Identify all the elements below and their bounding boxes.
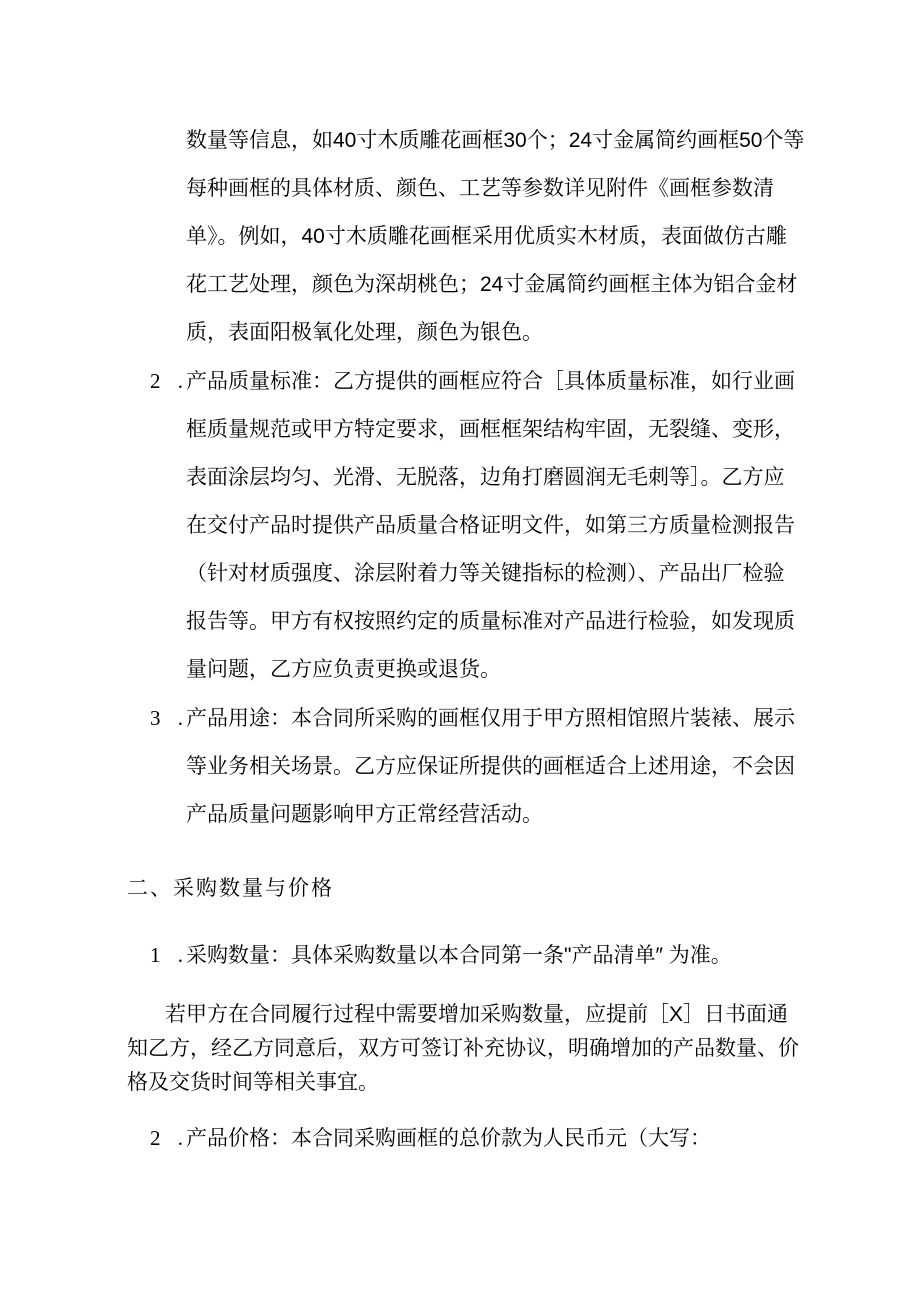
clause-purchase-quantity: 1 .采购数量：具体采购数量以本合同第一条"产品清单″ 为准。: [127, 931, 795, 980]
clause-text: 产品用途：本合同所采购的画框仅用于甲方照相馆照片装裱、展示: [186, 707, 795, 730]
clause-text-line: 框质量规范或甲方特定要求，画框框架结构牢固，无裂缝、变形，: [186, 406, 795, 454]
contract-page: 数量等信息，如40寸木质雕花画框30个；24寸金属简约画框50个等 每种画框的具…: [0, 0, 920, 1301]
clause-product-price: 2 .产品价格：本合同采购画框的总价款为人民币元（大写：: [127, 1114, 795, 1163]
clause-text-line: 量问题，乙方应负责更换或退货。: [186, 646, 795, 694]
clause-text-line: 数量等信息，如40寸木质雕花画框30个；24寸金属简约画框50个等: [186, 117, 795, 165]
list-number: 1 .: [150, 931, 186, 979]
clause-text-line: 单》。例如，40寸木质雕花画框采用优质实木材质，表面做仿古雕: [186, 213, 795, 261]
clause-text-line: 报告等。甲方有权按照约定的质量标准对产品进行检验，如发现质: [186, 598, 795, 646]
clause-text-line: 产品质量问题影响甲方正常经营活动。: [186, 791, 795, 839]
list-number: 2 .: [150, 357, 186, 405]
clause-text-line: 在交付产品时提供产品质量合格证明文件，如第三方质量检测报告: [186, 502, 795, 550]
paragraph-text-line: 知乙方，经乙方同意后，双方可签订补充协议，明确增加的产品数量、价: [127, 1032, 795, 1066]
paragraph-quantity-increase: 若甲方在合同履行过程中需要增加采购数量，应提前［X］日书面通 知乙方，经乙方同意…: [127, 998, 795, 1100]
paragraph-text-line: 若甲方在合同履行过程中需要增加采购数量，应提前［X］日书面通: [127, 998, 795, 1032]
clause-text-line: 等业务相关场景。乙方应保证所提供的画框适合上述用途，不会因: [186, 743, 795, 791]
clause-first-line: 2 .产品价格：本合同采购画框的总价款为人民币元（大写：: [150, 1114, 795, 1163]
clause-product-list-continuation: 数量等信息，如40寸木质雕花画框30个；24寸金属简约画框50个等 每种画框的具…: [127, 117, 795, 357]
clause-text-line: 花工艺处理，颜色为深胡桃色；24寸金属简约画框主体为铝合金材: [186, 261, 795, 309]
section-heading: 二、采购数量与价格: [127, 865, 795, 913]
clause-product-usage: 3 .产品用途：本合同所采购的画框仅用于甲方照相馆照片装裱、展示 等业务相关场景…: [127, 694, 795, 839]
clause-quality-standard: 2 .产品质量标准：乙方提供的画框应符合［具体质量标准，如行业画 框质量规范或甲…: [127, 357, 795, 694]
clause-first-line: 3 .产品用途：本合同所采购的画框仅用于甲方照相馆照片装裱、展示: [150, 694, 795, 743]
clause-first-line: 2 .产品质量标准：乙方提供的画框应符合［具体质量标准，如行业画: [150, 357, 795, 406]
paragraph-text-line: 格及交货时间等相关事宜。: [127, 1066, 795, 1100]
clause-text-line: 表面涂层均匀、光滑、无脱落，边角打磨圆润无毛刺等］。乙方应: [186, 454, 795, 502]
clause-text: 产品质量标准：乙方提供的画框应符合［具体质量标准，如行业画: [186, 370, 795, 393]
clause-text-line: 每种画框的具体材质、颜色、工艺等参数详见附件《画框参数清: [186, 165, 795, 213]
clause-first-line: 1 .采购数量：具体采购数量以本合同第一条"产品清单″ 为准。: [150, 931, 795, 980]
clause-text: 采购数量：具体采购数量以本合同第一条"产品清单″ 为准。: [186, 944, 732, 967]
clause-text: 产品价格：本合同采购画框的总价款为人民币元（大写：: [186, 1127, 711, 1150]
clause-text-line: 质，表面阳极氧化处理，颜色为银色。: [186, 309, 795, 357]
clause-text-line: （针对材质强度、涂层附着力等关键指标的检测）、产品出厂检验: [186, 550, 795, 598]
list-number: 3 .: [150, 694, 186, 742]
list-number: 2 .: [150, 1114, 186, 1162]
